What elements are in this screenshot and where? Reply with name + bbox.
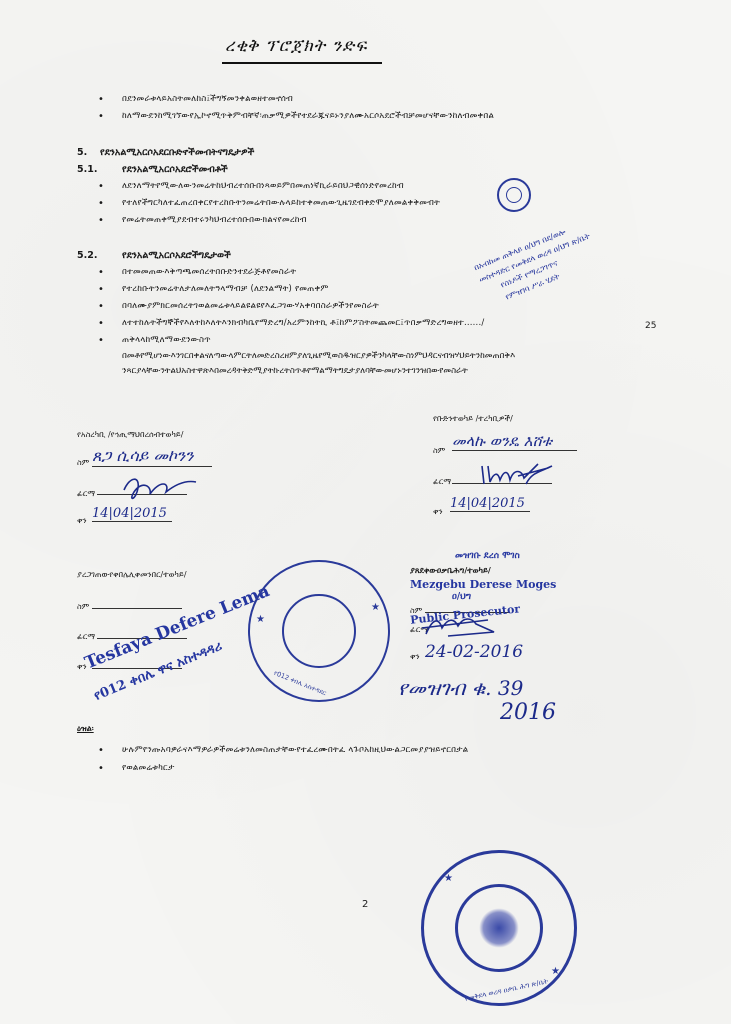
- handwritten-registry-note: የመዝገብ ቁ. 39: [398, 676, 523, 700]
- scanned-document-page: ረቂቅ ፕሮጀክት ንድፍ በደንመራቱላይአስትመለከስ፤ችግኝመንቀልወዘተ…: [0, 0, 731, 1024]
- subsection-heading: የደንአልሚአርሶአደሮችመብቶች: [122, 164, 228, 175]
- document-title: ረቂቅ ፕሮጀክት ንድፍ: [225, 36, 367, 56]
- duties-bullet: በተመመጠውእቅጣጫመሰረትበቡድንተደራጅቶየመስራት: [122, 267, 296, 277]
- group-signature: [478, 458, 558, 492]
- margin-number: 25: [645, 321, 656, 331]
- kebele-stamp-text: የ012 ቀበሌ አስተዳደር: [272, 669, 327, 698]
- receiver-signature: [120, 470, 200, 504]
- subsection-number: 5.1.: [77, 164, 97, 175]
- rights-bullet: የመሬትመጠቀሚያደብተሩንካህብረተሰቡበውክልናየመረከብ: [122, 215, 307, 225]
- verifier-heading: ያረጋገጠውየቀበሌሊቀመንበር/ተወካይ/: [77, 570, 187, 580]
- star-icon: ★: [256, 614, 265, 625]
- title-underline: [222, 62, 382, 64]
- group-date-label: ቀን: [433, 507, 443, 517]
- subsection-number: 5.2.: [77, 250, 97, 261]
- group-name-label: ስም: [433, 446, 445, 456]
- duties-bullet: ጠቅላላከሚለማውደንውስጥ: [122, 335, 211, 345]
- prosecutor-date-label: ቀን: [410, 652, 420, 662]
- prosecutor-date-value: 24-02-2016: [425, 642, 523, 662]
- kebele-stamp-inner-ring: [282, 594, 356, 668]
- prosecutor-heading: ያጸደቀውዐቃቤሕግ/ተወካይ/: [410, 566, 491, 576]
- section-heading: የደንአልሚአርሶአደርቡድኖችመብትናግዴታዎች: [100, 147, 254, 158]
- page-number: 2: [362, 899, 368, 910]
- intro-bullet: ከለማውደንከሚገኘውየኢኮኖሚጥቅምብቸኛ፡ጠቃሚዎችየተደራጁናይኑንያለሙ…: [122, 111, 494, 121]
- prosecutor-stamp-en-name: Mezgebu Derese Moges: [410, 578, 556, 591]
- emblem-icon: [479, 908, 519, 948]
- receiver-name-value: ጸጋ ሲሳይ መኮንን: [92, 446, 212, 467]
- rights-bullet: የተለየችግርካለተፈጠረበቀርየተረከቡትንመሬትበውሉላይከተቀመጠውጊዜገ…: [122, 198, 440, 208]
- receiver-date-value: 14|04|2015: [92, 506, 172, 522]
- duties-bullet: ለተተከሉትችግኞችየእለትከእለትእንክብካቤየማድረግ/አረምንከትኪ ቶ፤…: [122, 318, 484, 328]
- small-round-stamp: [497, 178, 531, 212]
- receiver-date-label: ቀን: [77, 516, 87, 526]
- star-icon: ★: [444, 873, 453, 884]
- office-stamp-inner-ring: [455, 884, 543, 972]
- duties-bullet: በባለሙያምክርመሰረትገወልመሬቱላይልዩልዩየእፈጋገውሃአቀባበስራዎችን…: [122, 301, 379, 311]
- verifier-name-line: [92, 608, 182, 609]
- handwritten-year: 2016: [500, 700, 556, 725]
- group-sign-label: ፊርማ: [433, 477, 451, 487]
- verifier-sign-label: ፊርማ: [77, 632, 95, 642]
- note-label: ዕዝል፡: [77, 724, 94, 734]
- duties-bullet: የተረከቡትንመሬትለታለመለትዓላማብቻ (ለደንልማት) የመጠቀም: [122, 284, 329, 294]
- note-bullet: ሁሉምየንጡአባዎራናእማዎራዎችመሬቱንለመስጠታቸውየተፈረሙበትፈ ላጉቦ…: [122, 745, 468, 755]
- receiver-heading: የአስረካቢ /የኅጢማህበረሰብተወካይ/: [77, 430, 183, 440]
- star-icon: ★: [371, 602, 380, 613]
- prosecutor-signature: [418, 610, 498, 640]
- office-stamp-text: የመቅደላ ወረዳ ዐቃቤ ሕግ ጽ/ቤት: [464, 977, 549, 1004]
- group-date-value: 14|04|2015: [450, 496, 530, 512]
- section-number: 5.: [77, 147, 87, 158]
- kebele-round-stamp: ★ ★ የ012 ቀበሌ አስተዳደር: [248, 560, 390, 702]
- office-round-stamp: ★ ★ የመቅደላ ወረዳ ዐቃቤ ሕግ ጽ/ቤት: [421, 850, 577, 1006]
- group-name-value: መላኩ ወንዴ እሸቱ: [452, 432, 577, 451]
- duties-bullet-continuation: ንጻርያላቸውንትልህአስተዋጽእበመረዳትቅድሚያትኩረትስጥቶየማልማትግዴ…: [122, 366, 468, 376]
- star-icon: ★: [551, 966, 560, 977]
- subsection-heading: የደንአልሚአርሶአደሮችግዴታወች: [122, 250, 231, 261]
- duties-bullet-continuation: በመቶየሚሆነውእንገርበቀልናለጣውላምርትለመድረስረዘምያለጊዜየሚወስዱ…: [122, 351, 515, 361]
- prosecutor-stamp-am-name: መዝገቡ ደረሰ ሞገስ: [455, 551, 520, 561]
- small-stamp-inner-ring: [506, 187, 522, 203]
- receiver-sign-label: ፊርማ: [77, 489, 95, 499]
- intro-bullet: በደንመራቱላይአስትመለከስ፤ችግኝመንቀልወዘተመኖሰብ: [122, 94, 293, 104]
- margin-annotation: በአብከመ ጠቅላይ ዐ/ህግ በደ/ወሎ መስተዳድር የመቅደላ ወረዳ ዐ…: [472, 217, 602, 310]
- verifier-name-label: ስም: [77, 602, 89, 612]
- rights-bullet: ለደንለማትየሚውለውንመሬትከህብረተሰቡበነጻወይምበመጠነኛኪራይበህጋዊ…: [122, 181, 404, 191]
- note-bullet: የወልመሬቱካርታ: [122, 763, 175, 773]
- prosecutor-stamp-role-am: ዐ/ህግ: [452, 592, 471, 602]
- group-heading: የቡድንተወካይ /ተረካቢዎች/: [433, 414, 513, 424]
- receiver-name-label: ስም: [77, 458, 89, 468]
